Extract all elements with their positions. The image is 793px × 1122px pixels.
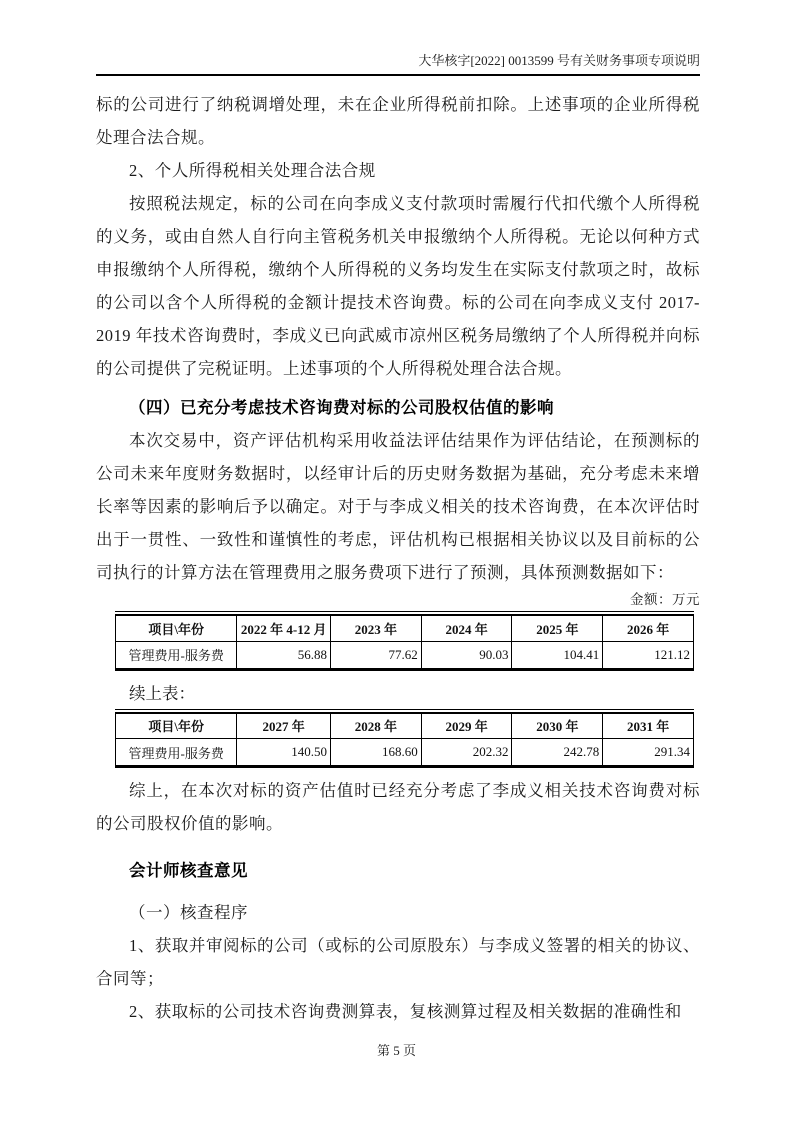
table-header-cell: 2024 年 xyxy=(421,615,512,641)
heading-section-four: （四）已充分考虑技术咨询费对标的公司股权估值的影响 xyxy=(96,391,700,424)
table-header-cell: 2030 年 xyxy=(512,713,603,739)
forecast-table-2027-2031: 项目\年份 2027 年 2028 年 2029 年 2030 年 2031 年… xyxy=(115,709,694,769)
table-header-cell: 2026 年 xyxy=(603,615,694,641)
document-header: 大华核字[2022] 0013599 号有关财务事项专项说明 xyxy=(96,0,700,69)
table-data-row: 管理费用-服务费 56.88 77.62 90.03 104.41 121.12 xyxy=(116,641,694,669)
document-page: 大华核字[2022] 0013599 号有关财务事项专项说明 标的公司进行了纳税… xyxy=(0,0,793,1122)
value-cell: 291.34 xyxy=(603,739,694,767)
table-header-cell: 2022 年 4-12 月 xyxy=(237,615,331,641)
value-cell: 77.62 xyxy=(331,641,422,669)
procedure-item-1: 1、获取并审阅标的公司（或标的公司原股东）与李成义签署的相关的协议、合同等； xyxy=(96,929,700,995)
table-header-cell: 2031 年 xyxy=(603,713,694,739)
table-header-cell: 2023 年 xyxy=(331,615,422,641)
heading-verification-procedure: （一）核查程序 xyxy=(96,896,700,929)
amount-unit-label: 金额：万元 xyxy=(96,589,700,611)
value-cell: 202.32 xyxy=(421,739,512,767)
table-data-row: 管理费用-服务费 140.50 168.60 202.32 242.78 291… xyxy=(116,739,694,767)
paragraph-tax-adjustment: 标的公司进行了纳税调增处理，未在企业所得税前扣除。上述事项的企业所得税处理合法合… xyxy=(96,88,700,154)
table-header-cell: 项目\年份 xyxy=(116,615,237,641)
value-cell: 168.60 xyxy=(331,739,422,767)
value-cell: 140.50 xyxy=(237,739,331,767)
table-header-row: 项目\年份 2022 年 4-12 月 2023 年 2024 年 2025 年… xyxy=(116,615,694,641)
document-reference: 大华核字[2022] 0013599 号有关财务事项专项说明 xyxy=(418,53,700,68)
heading-accountant-opinion: 会计师核查意见 xyxy=(96,854,700,887)
paragraph-valuation: 本次交易中，资产评估机构采用收益法评估结果作为评估结论，在预测标的公司未来年度财… xyxy=(96,424,700,589)
row-label-cell: 管理费用-服务费 xyxy=(116,641,237,669)
value-cell: 56.88 xyxy=(237,641,331,669)
value-cell: 90.03 xyxy=(421,641,512,669)
value-cell: 242.78 xyxy=(512,739,603,767)
row-label-cell: 管理费用-服务费 xyxy=(116,739,237,767)
table-header-cell: 2029 年 xyxy=(421,713,512,739)
heading-personal-income-tax: 2、个人所得税相关处理合法合规 xyxy=(96,154,700,187)
document-body: 标的公司进行了纳税调增处理，未在企业所得税前扣除。上述事项的企业所得税处理合法合… xyxy=(96,76,700,1028)
forecast-table-2022-2026: 项目\年份 2022 年 4-12 月 2023 年 2024 年 2025 年… xyxy=(115,611,694,671)
table-header-cell: 2028 年 xyxy=(331,713,422,739)
table-continuation-label: 续上表： xyxy=(96,683,700,705)
value-cell: 121.12 xyxy=(603,641,694,669)
value-cell: 104.41 xyxy=(512,641,603,669)
table-header-cell: 2027 年 xyxy=(237,713,331,739)
paragraph-personal-income-tax: 按照税法规定，标的公司在向李成义支付款项时需履行代扣代缴个人所得税的义务，或由自… xyxy=(96,187,700,385)
table-header-cell: 2025 年 xyxy=(512,615,603,641)
table-header-cell: 项目\年份 xyxy=(116,713,237,739)
procedure-item-2: 2、获取标的公司技术咨询费测算表，复核测算过程及相关数据的准确性和 xyxy=(96,995,700,1028)
paragraph-summary: 综上，在本次对标的资产估值时已经充分考虑了李成义相关技术咨询费对标的公司股权价值… xyxy=(96,774,700,840)
table-header-row: 项目\年份 2027 年 2028 年 2029 年 2030 年 2031 年 xyxy=(116,713,694,739)
page-number: 第 5 页 xyxy=(0,1040,793,1059)
